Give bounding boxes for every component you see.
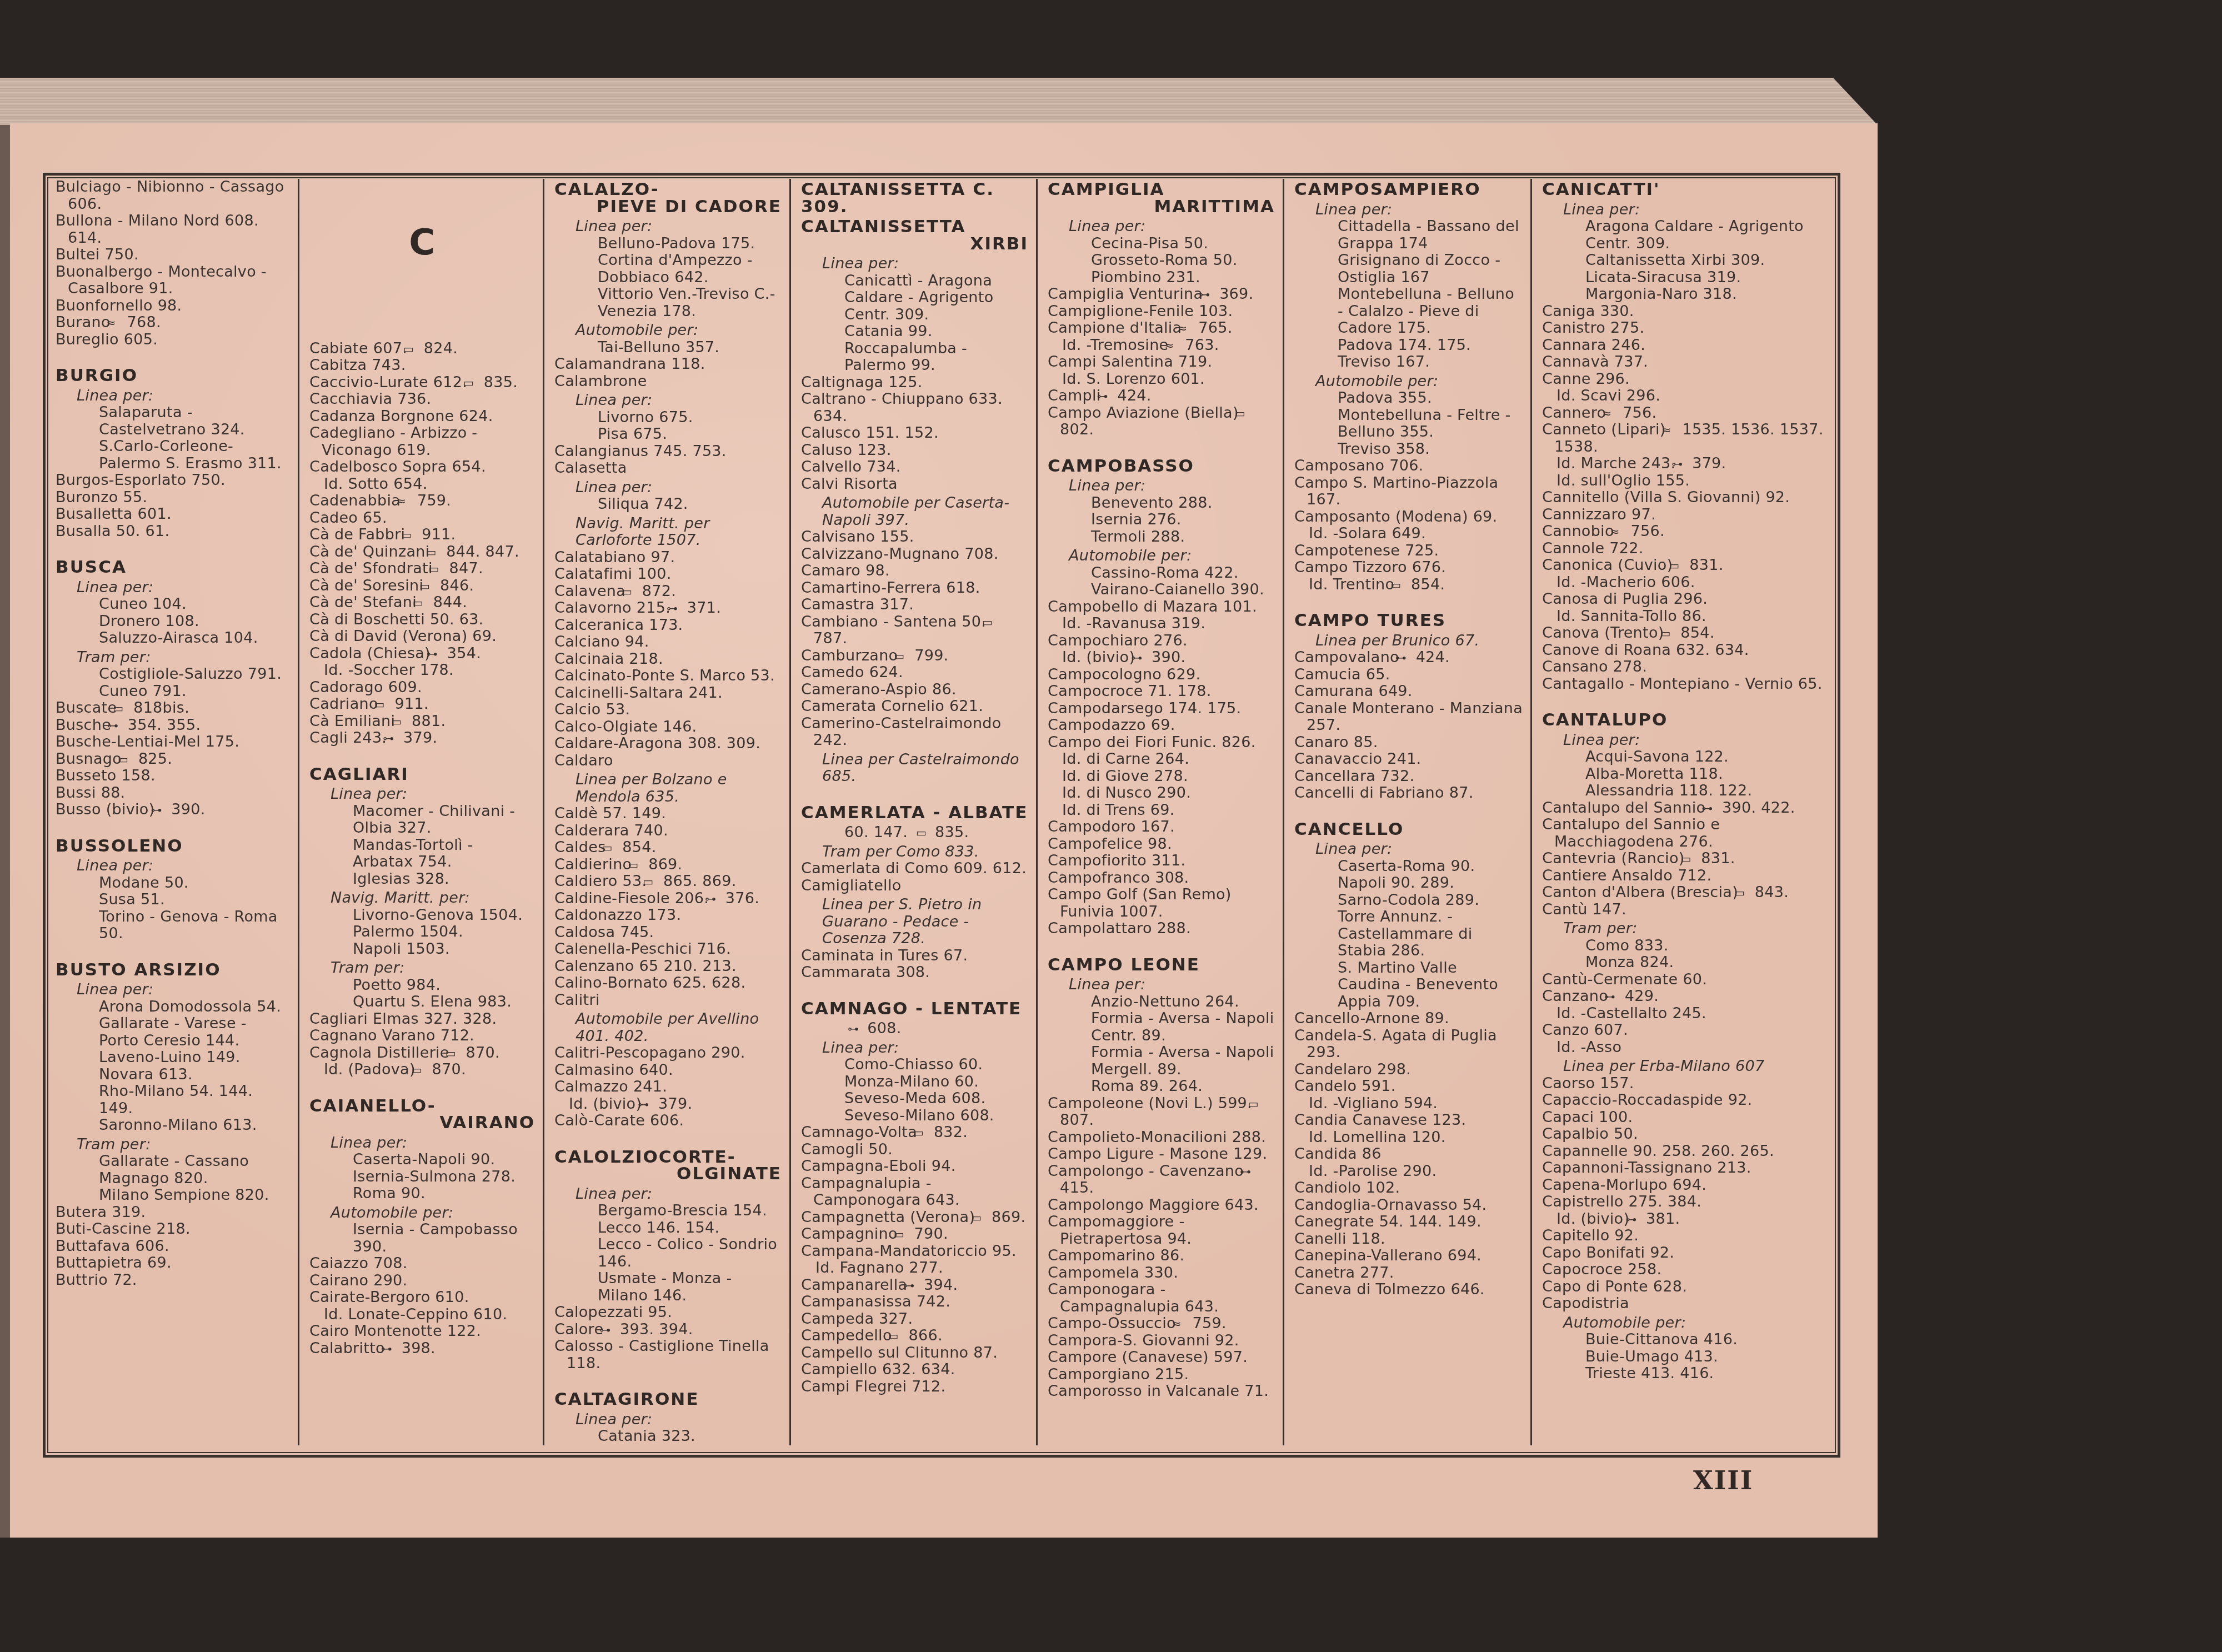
index-entry: Cannara 246.	[1542, 337, 1827, 354]
station-heading: BUSCA	[56, 559, 290, 576]
destination-entry: Lecco 146. 154.	[554, 1220, 782, 1237]
index-entry: Campora-S. Giovanni 92.	[1048, 1333, 1275, 1350]
route-type-label: Linea per:	[554, 218, 782, 236]
index-entry: Campovalano ⊶ 424.	[1294, 649, 1523, 667]
destination-entry: Lecco - Colico - Sondrio 146.	[554, 1237, 782, 1270]
destination-entry: Formia - Aversa - Napoli Centr. 89.	[1048, 1010, 1275, 1044]
route-type-label: Navig. Maritt. per:	[309, 890, 535, 907]
index-entry: Campolongo - Cavenzano ⊶ 415.	[1048, 1163, 1275, 1197]
index-entry: Calore ⊶ 393. 394.	[554, 1321, 782, 1339]
index-entry: Canzano ⊶ 429.	[1542, 988, 1827, 1005]
index-entry: Cabiate 607. ▭ 824.	[309, 341, 535, 358]
destination-entry: Roccapalumba - Palermo 99.	[801, 341, 1028, 374]
index-entry: Calosso - Castiglione Tinella 118.	[554, 1338, 782, 1372]
destination-entry: Roma 89. 264.	[1048, 1078, 1275, 1095]
route-type-label: Automobile per Avellino 401. 402.	[554, 1011, 782, 1045]
route-type-label: Linea per:	[554, 1411, 782, 1429]
index-entry: Camastra 317.	[801, 597, 1028, 614]
index-entry: Cannobio ≈ 756.	[1542, 523, 1827, 540]
destination-entry: Licata-Siracusa 319.	[1542, 269, 1827, 287]
index-entry: Calcinato-Ponte S. Marco 53.	[554, 668, 782, 685]
idem-entry: Id. (bivio) ⊶ 379.	[554, 1096, 782, 1113]
index-entry: Cagnano Varano 712.	[309, 1028, 535, 1045]
index-entry: Cantalupo del Sannio ⊶ 390. 422.	[1542, 800, 1827, 817]
destination-entry: Cittadella - Bassano del Grappa 174	[1294, 218, 1523, 252]
index-entry: Cagnola Distillerie ▭ 870.	[309, 1045, 535, 1062]
index-entry: Caorso 157.	[1542, 1075, 1827, 1093]
index-entry: Calco-Olgiate 146.	[554, 719, 782, 736]
bus-icon: ⊶	[848, 1020, 859, 1038]
index-entry: Campagnetta (Verona) ▭ 869.	[801, 1209, 1028, 1227]
index-entry: Cansano 278.	[1542, 659, 1827, 676]
route-type-label: Linea per:	[56, 858, 290, 875]
destination-entry: Caltanissetta Xirbi 309.	[1542, 252, 1827, 269]
station-heading: CAIANELLO-VAIRANO	[309, 1098, 535, 1132]
index-entry: Cannizzaro 97.	[1542, 507, 1827, 524]
index-entry: Buti-Cascine 218.	[56, 1221, 290, 1238]
index-column-5: CAMPIGLIAMARITTIMALinea per:Cecina-Pisa …	[1036, 179, 1283, 1445]
idem-entry: Id. Sannita-Tollo 86.	[1542, 608, 1827, 625]
route-type-label: Navig. Maritt. per Carloforte 1507.	[554, 515, 782, 549]
index-entry: Calvizzano-Mugnano 708.	[801, 546, 1028, 563]
index-entry: Calenzano 65 210. 213.	[554, 958, 782, 975]
index-entry: Busalla 50. 61.	[56, 523, 290, 540]
index-entry: Busalletta 601.	[56, 506, 290, 523]
route-type-label: Tram per Como 833.	[801, 844, 1028, 861]
index-entry: Calvi Risorta	[801, 476, 1028, 493]
destination-entry: Belluno-Padova 175.	[554, 236, 782, 253]
route-type-label: Tram per:	[56, 649, 290, 667]
destination-entry: Pisa 675.	[554, 426, 782, 443]
destination-entry: Arona Domodossola 54.	[56, 999, 290, 1016]
index-entry: Camposanto (Modena) 69.	[1294, 509, 1523, 526]
destination-entry: Saronno-Milano 613.	[56, 1117, 290, 1134]
idem-entry: Id. -Asso	[1542, 1039, 1827, 1057]
index-entry: Calangianus 745. 753.	[554, 443, 782, 460]
destination-entry: Poetto 984.	[309, 977, 535, 994]
index-entry: Caminata in Tures 67.	[801, 948, 1028, 965]
route-type-label: Automobile per:	[554, 322, 782, 339]
station-heading: CAMERLATA - ALBATE	[801, 804, 1028, 822]
index-entry: Burano ≈ 768.	[56, 314, 290, 332]
destination-entry: Quartu S. Elena 983.	[309, 994, 535, 1011]
page-edges	[0, 78, 1878, 125]
index-entry: Cantagallo - Montepiano - Vernio 65.	[1542, 676, 1827, 693]
station-heading: CANICATTI'	[1542, 181, 1827, 198]
index-entry: Cà de' Quinzani ▭ 844. 847.	[309, 544, 535, 561]
index-entry: Cà di David (Verona) 69.	[309, 628, 535, 645]
index-entry: Camerino-Castelraimondo 242.	[801, 715, 1028, 749]
index-entry: Butera 319.	[56, 1204, 290, 1222]
index-entry: Campolieto-Monacilioni 288.	[1048, 1129, 1275, 1147]
destination-entry: Isernia - Campobasso 390.	[309, 1222, 535, 1255]
index-entry: Caluso 123.	[801, 442, 1028, 459]
index-entry: Cadola (Chiesa) ⊶ 354.	[309, 645, 535, 663]
index-entry: Campana-Mandatoriccio 95.	[801, 1243, 1028, 1260]
destination-entry: Isernia-Sulmona 278.	[309, 1169, 535, 1186]
index-entry: Cambiano - Santena 50. ▭ 787.	[801, 614, 1028, 648]
index-entry: Camnago-Volta ▭ 832.	[801, 1124, 1028, 1142]
index-entry: Campli ⊶ 424.	[1048, 388, 1275, 405]
index-entry: Cadegliano - Arbizzo - Viconago 619.	[309, 425, 535, 459]
station-heading: CALTANISSETTA C. 309.	[801, 181, 1028, 215]
index-entry: Cantù 147.	[1542, 902, 1827, 919]
route-type-label: Linea per:	[801, 1040, 1028, 1057]
destination-entry: Livorno 675.	[554, 409, 782, 427]
index-entry: Campi Flegrei 712.	[801, 1379, 1028, 1396]
destination-entry: Salaparuta - Castelvetrano 324.	[56, 404, 290, 438]
idem-entry: Id. -Vigliano 594.	[1294, 1095, 1523, 1113]
destination-entry: Catania 99.	[801, 323, 1028, 341]
index-entry: Camporgiano 215.	[1048, 1366, 1275, 1384]
destination-entry: Monza 824.	[1542, 954, 1827, 972]
destination-entry: Treviso 358.	[1294, 441, 1523, 458]
index-entry: Calvisano 155.	[801, 529, 1028, 546]
index-entry: Calceranica 173.	[554, 617, 782, 634]
index-entry: Cairate-Bergoro 610.	[309, 1289, 535, 1306]
index-entry: Campagnalupia - Camponogara 643.	[801, 1175, 1028, 1209]
index-entry: Camerata Cornelio 621.	[801, 698, 1028, 715]
index-entry: Caccivio-Lurate 612. ▭ 835.	[309, 374, 535, 392]
destination-entry: Sarno-Codola 289.	[1294, 892, 1523, 909]
index-entry: Busseto 158.	[56, 768, 290, 785]
index-entry: Buonalbergo - Montecalvo - Casalbore 91.	[56, 264, 290, 298]
destination-entry: Grisignano di Zocco - Ostiglia 167	[1294, 252, 1523, 286]
index-entry: Caneva di Tolmezzo 646.	[1294, 1281, 1523, 1299]
index-entry: Campodoro 167.	[1048, 819, 1275, 836]
index-entry: Cacchiavia 736.	[309, 391, 535, 408]
index-entry: Calcio 53.	[554, 702, 782, 719]
index-entry: Cà de Fabbri ▭ 911.	[309, 527, 535, 544]
destination-entry: Milano Sempione 820.	[56, 1187, 290, 1204]
route-type-label: Linea per S. Pietro in Guarano - Pedace …	[801, 897, 1028, 948]
index-entry: Calatabiano 97.	[554, 549, 782, 567]
destination-entry: Anzio-Nettuno 264.	[1048, 994, 1275, 1011]
index-entry: Camburzano ▭ 799.	[801, 648, 1028, 665]
index-entry: Campiello 632. 634.	[801, 1361, 1028, 1379]
destination-entry: Padova 174. 175.	[1294, 337, 1523, 354]
station-heading: CAMPO TURES	[1294, 612, 1523, 629]
destination-entry: Isernia 276.	[1048, 512, 1275, 529]
destination-entry: Alessandria 118. 122.	[1542, 783, 1827, 800]
index-entry: Calitri-Pescopagano 290.	[554, 1045, 782, 1062]
idem-entry: Id. Fagnano 277.	[801, 1260, 1028, 1277]
route-type-label: Linea per:	[554, 1186, 782, 1203]
idem-entry: Id. -Solara 649.	[1294, 525, 1523, 543]
destination-entry: Piazza Armerina - Dittaino 322.	[554, 1445, 782, 1446]
destination-entry: Cuneo 104.	[56, 596, 290, 613]
route-type-label: Tram per:	[309, 960, 535, 977]
index-entry: Campiglia Venturina ⊶ 369.	[1048, 286, 1275, 303]
index-entry: Cantiere Ansaldo 712.	[1542, 868, 1827, 885]
index-entry: Cancello-Arnone 89.	[1294, 1010, 1523, 1028]
index-entry: Campiglione-Fenile 103.	[1048, 303, 1275, 321]
index-entry: Candiolo 102.	[1294, 1180, 1523, 1197]
station-heading: BURGIO	[56, 367, 290, 384]
index-entry: Calatafimi 100.	[554, 566, 782, 583]
index-entry: Campomarino 86.	[1048, 1248, 1275, 1265]
route-type-label: Linea per:	[1294, 841, 1523, 858]
destination-entry: Palermo 1504.	[309, 924, 535, 941]
index-entry: Campochiaro 276.	[1048, 633, 1275, 650]
destination-entry: Benevento 288.	[1048, 495, 1275, 512]
station-heading: CAMNAGO - LENTATE	[801, 1000, 1028, 1018]
index-entry: Cadanza Borgnone 624.	[309, 408, 535, 425]
index-entry: Canneto (Lipari) ≈ 1535. 1536. 1537. 153…	[1542, 422, 1827, 455]
destination-entry: Livorno-Genova 1504.	[309, 907, 535, 924]
idem-entry: Id. Scavi 296.	[1542, 388, 1827, 405]
index-entry: Cabitza 743.	[309, 357, 535, 374]
destination-entry: Piombino 231.	[1048, 269, 1275, 287]
index-entry: Campione d'Italia ≈ 765.	[1048, 320, 1275, 337]
idem-entry: Id. -Macherio 606.	[1542, 574, 1827, 592]
destination-entry: Caserta-Roma 90.	[1294, 858, 1523, 875]
index-entry: Caiazzo 708.	[309, 1255, 535, 1273]
index-entry: Camogli 50.	[801, 1142, 1028, 1159]
destination-entry: Trieste 413. 416.	[1542, 1365, 1827, 1383]
index-entry: Calvello 734.	[801, 459, 1028, 476]
index-entry: Caltrano - Chiuppano 633. 634.	[801, 391, 1028, 425]
index-entry: Bultei 750.	[56, 247, 290, 264]
index-entry: Cà di Boschetti 50. 63.	[309, 612, 535, 629]
index-entry: Capitello 92.	[1542, 1228, 1827, 1245]
index-entry: Buonfornello 98.	[56, 298, 290, 315]
index-entry: Candela-S. Agata di Puglia 293.	[1294, 1028, 1523, 1062]
index-entry: Camporosso in Valcanale 71.	[1048, 1383, 1275, 1400]
idem-entry: Id. -Castellalto 245.	[1542, 1005, 1827, 1023]
index-column-1: Bulciago - Nibionno - Cassago 606.Bullon…	[46, 179, 298, 1445]
index-entry: Candida 86	[1294, 1146, 1523, 1163]
destination-entry: Seveso-Milano 608.	[801, 1108, 1028, 1125]
destination-entry: Rho-Milano 54. 144. 149.	[56, 1083, 290, 1117]
route-type-label: Linea per:	[801, 256, 1028, 273]
index-entry: Cadriano ▭ 911.	[309, 696, 535, 713]
index-entry: Calavena ▭ 872.	[554, 583, 782, 600]
index-entry: Cairano 290.	[309, 1273, 535, 1290]
destination-entry: Costigliole-Saluzzo 791.	[56, 666, 290, 683]
index-column-6: CAMPOSAMPIEROLinea per:Cittadella - Bass…	[1283, 179, 1530, 1445]
route-type-label: Linea per:	[1048, 478, 1275, 495]
destination-entry: Napoli 90. 289.	[1294, 875, 1523, 892]
idem-entry: Id. -Parolise 290.	[1294, 1163, 1523, 1180]
index-entry: Campo Aviazione (Biella) ▭ 802.	[1048, 405, 1275, 439]
idem-entry: Id. -Tremosine ≈ 763.	[1048, 337, 1275, 354]
route-type-label: Automobile per:	[1048, 548, 1275, 565]
index-entry: Capena-Morlupo 694.	[1542, 1177, 1827, 1194]
index-entry: Canepina-Vallerano 694.	[1294, 1248, 1523, 1265]
index-entry: Capannelle 90. 258. 260. 265.	[1542, 1143, 1827, 1160]
route-type-label: Linea per:	[309, 1135, 535, 1152]
index-entry: Campomela 330.	[1048, 1265, 1275, 1282]
destination-entry: 60. 147. ▭ 835.	[801, 824, 1028, 842]
index-entry: Camedo 624.	[801, 664, 1028, 682]
index-entry: Canaro 85.	[1294, 734, 1523, 752]
index-entry: Campo S. Martino-Piazzola 167.	[1294, 475, 1523, 509]
index-entry: Canzo 607.	[1542, 1022, 1827, 1039]
index-entry: Bullona - Milano Nord 608. 614.	[56, 213, 290, 247]
destination-entry: Montebelluna - Feltre - Belluno 355.	[1294, 407, 1523, 441]
index-entry: Cadelbosco Sopra 654.	[309, 459, 535, 476]
index-column-3: CALALZO-PIEVE DI CADORELinea per:Belluno…	[543, 179, 789, 1445]
index-entry: Calamandrana 118.	[554, 356, 782, 373]
route-type-label: Linea per:	[56, 982, 290, 999]
index-entry: Campi Salentina 719.	[1048, 354, 1275, 371]
destination-entry: Mandas-Tortolì - Arbatax 754.	[309, 837, 535, 871]
destination-entry: Catania 323.	[554, 1428, 782, 1445]
index-entry: Capaccio-Roccadaspide 92.	[1542, 1092, 1827, 1109]
station-heading: CALTAGIRONE	[554, 1391, 782, 1408]
index-column-2: CCabiate 607. ▭ 824.Cabitza 743.Caccivio…	[298, 179, 543, 1445]
index-entry: Canove di Roana 632. 634.	[1542, 642, 1827, 659]
destination-entry: Buie-Umago 413.	[1542, 1349, 1827, 1366]
destination-entry: Aragona Caldare - Agrigento Centr. 309.	[1542, 218, 1827, 252]
index-entry: Campanarella ⊶ 394.	[801, 1277, 1028, 1294]
station-heading: CAMPOSAMPIERO	[1294, 181, 1523, 198]
station-heading: CALALZO-PIEVE DI CADORE	[554, 181, 782, 215]
idem-entry: Id. (bivio) ⊶ 381.	[1542, 1211, 1827, 1228]
index-entry: Campo Tizzoro 676.	[1294, 559, 1523, 577]
index-entry: Camposano 706.	[1294, 458, 1523, 475]
destination-entry: Treviso 167.	[1294, 354, 1523, 371]
index-entry: Canonica (Cuvio) ▭ 831.	[1542, 557, 1827, 574]
index-entry: Canova (Trento) ▭ 854.	[1542, 625, 1827, 642]
idem-entry: Id. Lonate-Ceppino 610.	[309, 1306, 535, 1324]
destination-entry: S. Martino Valle Caudina - Benevento App…	[1294, 960, 1523, 1011]
idem-entry: Id. (Padova) ▭ 870.	[309, 1062, 535, 1079]
index-entry: Calcinelli-Saltara 241.	[554, 685, 782, 702]
route-type-label: Linea per:	[1048, 977, 1275, 994]
index-entry: Campomaggiore - Pietrapertosa 94.	[1048, 1214, 1275, 1248]
index-entry: Cà de' Stefani ▭ 844.	[309, 594, 535, 612]
route-type-label: Linea per Erba-Milano 607	[1542, 1058, 1827, 1075]
station-heading: BUSTO ARSIZIO	[56, 962, 290, 979]
route-type-label: Linea per Brunico 67.	[1294, 633, 1523, 650]
destination-entry: Caserta-Napoli 90.	[309, 1152, 535, 1169]
index-entry: Cà Emiliani ▭ 881.	[309, 713, 535, 730]
index-entry: Campocroce 71. 178.	[1048, 683, 1275, 700]
idem-entry: Id. di Carne 264.	[1048, 751, 1275, 768]
index-entry: Bussi 88.	[56, 785, 290, 802]
index-entry: Busnago ▭ 825.	[56, 751, 290, 768]
index-entry: Buttapietra 69.	[56, 1255, 290, 1272]
index-entry: Camurana 649.	[1294, 683, 1523, 700]
destination-entry: Margonia-Naro 318.	[1542, 286, 1827, 303]
destination-entry: Seveso-Meda 608.	[801, 1090, 1028, 1108]
index-entry: Calino-Bornato 625. 628.	[554, 975, 782, 992]
station-heading: BUSSOLENO	[56, 838, 290, 855]
idem-entry: Id. di Trens 69.	[1048, 802, 1275, 819]
tram-icon: ▭	[916, 824, 927, 842]
destination-entry: Cuneo 791.	[56, 683, 290, 700]
index-entry: Cagliari Elmas 327. 328.	[309, 1011, 535, 1028]
index-entry: Cantalupo del Sannio e Macchiagodena 276…	[1542, 817, 1827, 850]
route-type-label: Linea per:	[309, 786, 535, 803]
index-entry: Cadenabbia ≈ 759.	[309, 493, 535, 510]
index-entry: Candia Canavese 123.	[1294, 1112, 1523, 1129]
idem-entry: Id. S. Lorenzo 601.	[1048, 371, 1275, 388]
index-entry: Canetra 277.	[1294, 1265, 1523, 1282]
route-type-label: Linea per:	[554, 392, 782, 409]
destination-entry: Roma 90.	[309, 1185, 535, 1203]
index-entry: Camerano-Aspio 86.	[801, 682, 1028, 699]
route-type-label: Linea per Castelraimondo 685.	[801, 752, 1028, 785]
route-type-label: Automobile per:	[1542, 1315, 1827, 1332]
destination-entry: Canicattì - Aragona Caldare - Agrigento …	[801, 273, 1028, 324]
index-entry: Calcinaia 218.	[554, 651, 782, 668]
destination-entry: Gallarate - Varese - Porto Ceresio 144.	[56, 1015, 290, 1049]
route-type-label: Linea per:	[1542, 732, 1827, 749]
index-entry: Calò-Carate 606.	[554, 1113, 782, 1130]
index-entry: Camigliatello	[801, 878, 1028, 895]
destination-entry: Saluzzo-Airasca 104.	[56, 630, 290, 647]
index-entry: Campedello ▭ 866.	[801, 1328, 1028, 1345]
index-entry: Canton d'Albera (Brescia) ▭ 843.	[1542, 884, 1827, 902]
index-entry: Cannero ≈ 756.	[1542, 405, 1827, 422]
index-entry: Campore (Canavese) 597.	[1048, 1349, 1275, 1366]
index-entry: Campo Ligure - Masone 129.	[1048, 1146, 1275, 1163]
destination-entry: Monza-Milano 60.	[801, 1074, 1028, 1091]
index-entry: Caldonazzo 173.	[554, 907, 782, 924]
index-entry: Campo Golf (San Remo) Funivia 1007.	[1048, 887, 1275, 920]
index-entry: Calusco 151. 152.	[801, 425, 1028, 442]
destination-entry: ⊶ 608.	[801, 1020, 1028, 1038]
index-entry: Campodazzo 69.	[1048, 717, 1275, 734]
index-entry: Campofelice 98.	[1048, 836, 1275, 853]
index-entry: Campofranco 308.	[1048, 870, 1275, 887]
destination-entry: Napoli 1503.	[309, 941, 535, 958]
index-column-7: CANICATTI'Linea per:Aragona Caldare - Ag…	[1530, 179, 1835, 1445]
index-entry: Cannitello (Villa S. Giovanni) 92.	[1542, 489, 1827, 507]
destination-entry: Usmate - Monza - Milano 146.	[554, 1270, 782, 1304]
index-entry: Buronzo 55.	[56, 489, 290, 507]
index-entry: Busche-Lentiai-Mel 175.	[56, 734, 290, 751]
index-entry: Cannole 722.	[1542, 540, 1827, 558]
index-entry: Camucia 65.	[1294, 667, 1523, 684]
index-entry: Calenella-Peschici 716.	[554, 941, 782, 958]
index-entry: Cadorago 609.	[309, 679, 535, 697]
index-entry: Cagli 243. ⊶ 379.	[309, 730, 535, 747]
index-entry: Cantù-Cermenate 60.	[1542, 972, 1827, 989]
index-entry: Campocologno 629.	[1048, 667, 1275, 684]
index-entry: Calavorno 215. ⊶ 371.	[554, 600, 782, 617]
index-entry: Capistrello 275. 384.	[1542, 1194, 1827, 1211]
index-entry: Cancelli di Fabriano 87.	[1294, 785, 1523, 802]
destination-entry: Susa 51.	[56, 892, 290, 909]
index-entry: Canelli 118.	[1294, 1231, 1523, 1248]
index-entry: Campello sul Clitunno 87.	[801, 1345, 1028, 1362]
destination-entry: Buie-Cittanova 416.	[1542, 1331, 1827, 1349]
destination-entry: Acqui-Savona 122.	[1542, 749, 1827, 766]
index-entry: Cammarata 308.	[801, 964, 1028, 982]
route-type-label: Linea per:	[56, 388, 290, 405]
destination-entry: Montebelluna - Belluno - Calalzo - Pieve…	[1294, 286, 1523, 337]
index-entry: Buttrio 72.	[56, 1272, 290, 1289]
index-entry: Candelo 591.	[1294, 1078, 1523, 1095]
idem-entry: Id. Trentino ▭ 854.	[1294, 577, 1523, 594]
route-type-label: Linea per Bolzano e Mendola 635.	[554, 772, 782, 805]
index-entry: Campodarsego 174. 175.	[1048, 700, 1275, 718]
index-entry: Caldes ▭ 854.	[554, 839, 782, 857]
destination-entry: Dronero 108.	[56, 613, 290, 630]
destination-entry: Laveno-Luino 149.	[56, 1049, 290, 1067]
station-heading: CAMPO LEONE	[1048, 957, 1275, 974]
index-entry: Camaro 98.	[801, 563, 1028, 580]
destination-entry: Cecina-Pisa 50.	[1048, 236, 1275, 253]
index-entry: Capodistria	[1542, 1295, 1827, 1313]
index-entry: Cadeo 65.	[309, 510, 535, 527]
destination-entry: Torino - Genova - Roma 50.	[56, 909, 290, 943]
route-type-label: Tram per:	[56, 1137, 290, 1154]
